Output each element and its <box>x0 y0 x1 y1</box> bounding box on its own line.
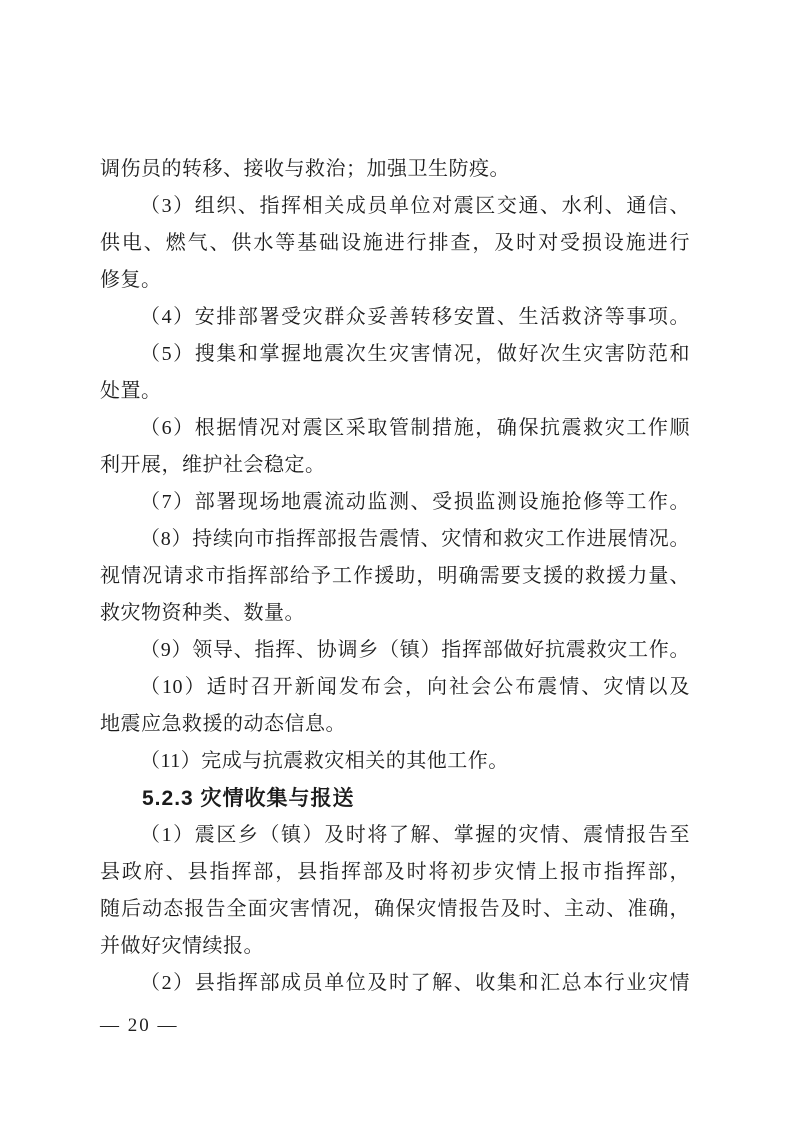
text-line: （3）组织、指挥相关成员单位对震区交通、水利、通信、 <box>100 188 690 225</box>
text-line: （6）根据情况对震区采取管制措施，确保抗震救灾工作顺 <box>100 410 690 447</box>
text-line: （5）搜集和掌握地震次生灾害情况，做好次生灾害防范和 <box>100 336 690 373</box>
text-line: 地震应急救援的动态信息。 <box>100 706 690 743</box>
text-line: 并做好灾情续报。 <box>100 928 690 965</box>
text-line: 调伤员的转移、接收与救治；加强卫生防疫。 <box>100 151 690 188</box>
document-body: 调伤员的转移、接收与救治；加强卫生防疫。 （3）组织、指挥相关成员单位对震区交通… <box>100 151 690 1002</box>
text-line: 县政府、县指挥部，县指挥部及时将初步灾情上报市指挥部， <box>100 854 690 891</box>
text-line: （8）持续向市指挥部报告震情、灾情和救灾工作进展情况。 <box>100 521 690 558</box>
text-line: 修复。 <box>100 262 690 299</box>
section-heading: 5.2.3 灾情收集与报送 <box>100 780 690 817</box>
text-line: 救灾物资种类、数量。 <box>100 595 690 632</box>
text-line: （9）领导、指挥、协调乡（镇）指挥部做好抗震救灾工作。 <box>100 632 690 669</box>
text-line: （11）完成与抗震救灾相关的其他工作。 <box>100 743 690 780</box>
text-line: （7）部署现场地震流动监测、受损监测设施抢修等工作。 <box>100 484 690 521</box>
text-line: （1）震区乡（镇）及时将了解、掌握的灾情、震情报告至 <box>100 817 690 854</box>
text-line: 处置。 <box>100 373 690 410</box>
text-line: （2）县指挥部成员单位及时了解、收集和汇总本行业灾情 <box>100 965 690 1002</box>
text-line: 随后动态报告全面灾害情况，确保灾情报告及时、主动、准确， <box>100 891 690 928</box>
text-line: （10）适时召开新闻发布会，向社会公布震情、灾情以及 <box>100 669 690 706</box>
page-number: — 20 — <box>100 1008 179 1044</box>
text-line: 视情况请求市指挥部给予工作援助，明确需要支援的救援力量、 <box>100 558 690 595</box>
document-page: 调伤员的转移、接收与救治；加强卫生防疫。 （3）组织、指挥相关成员单位对震区交通… <box>0 0 790 1122</box>
text-line: （4）安排部署受灾群众妥善转移安置、生活救济等事项。 <box>100 299 690 336</box>
text-line: 利开展，维护社会稳定。 <box>100 447 690 484</box>
text-line: 供电、燃气、供水等基础设施进行排查，及时对受损设施进行 <box>100 225 690 262</box>
